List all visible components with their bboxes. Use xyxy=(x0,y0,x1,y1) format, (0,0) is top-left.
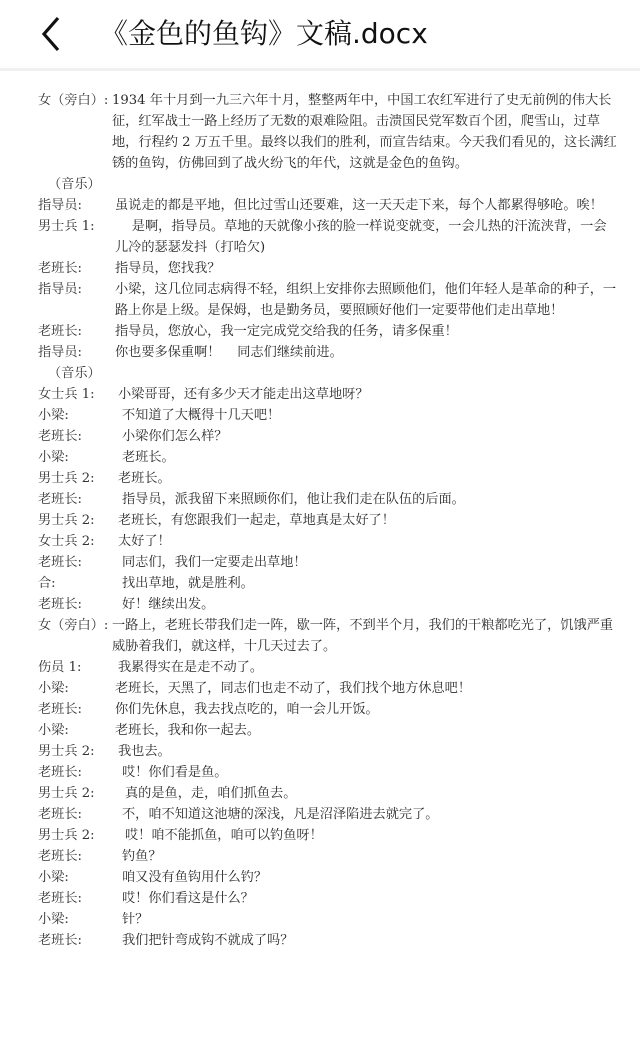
chevron-left-icon xyxy=(38,14,68,54)
speaker-label: 小梁: xyxy=(38,909,69,930)
dialogue-text: 我们把针弯成钩不就成了吗？ xyxy=(0,930,640,951)
dialogue-text: 你们先休息，我去找点吃的，咱一会儿开饭。 xyxy=(0,699,640,720)
speaker-label: 老班长: xyxy=(38,846,82,867)
speaker-label: 男士兵 2: xyxy=(38,741,95,762)
script-line: 老班长:指导员，您放心，我一定完成党交给我的任务，请多保重！ xyxy=(0,321,640,342)
dialogue-text: 哎！咱不能抓鱼，咱可以钓鱼呀！ xyxy=(0,825,640,846)
speaker-label: 指导员: xyxy=(38,195,82,216)
speaker-label: 老班长: xyxy=(38,888,82,909)
speaker-label: 男士兵 1: xyxy=(38,216,95,237)
stage-direction: （音乐） xyxy=(0,363,640,384)
dialogue-text: 找出草地，就是胜利。 xyxy=(0,573,640,594)
dialogue-text: 真的是鱼，走，咱们抓鱼去。 xyxy=(0,783,640,804)
script-line: 指导员:小梁，这几位同志病得不轻，组织上安排你去照顾他们，他们年轻人是革命的种子… xyxy=(0,279,640,321)
dialogue-text: 哎！你们看这是什么？ xyxy=(0,888,640,909)
speaker-label: 小梁: xyxy=(38,405,69,426)
speaker-label: 女（旁白）: xyxy=(38,90,108,111)
speaker-label: 老班长: xyxy=(38,321,82,342)
dialogue-text: 小梁哥哥，还有多少天才能走出这草地呀？ xyxy=(0,384,640,405)
script-line: 男士兵 2:真的是鱼，走，咱们抓鱼去。 xyxy=(0,783,640,804)
speaker-label: 男士兵 2: xyxy=(38,510,95,531)
speaker-label: 指导员: xyxy=(38,342,82,363)
dialogue-text: 指导员，您放心，我一定完成党交给我的任务，请多保重！ xyxy=(0,321,640,342)
script-line: 小梁:咱又没有鱼钩用什么钓？ xyxy=(0,867,640,888)
speaker-label: 老班长: xyxy=(38,552,82,573)
speaker-label: 老班长: xyxy=(38,426,82,447)
script-line: 合:找出草地，就是胜利。 xyxy=(0,573,640,594)
script-line: 伤员 1:我累得实在是走不动了。 xyxy=(0,657,640,678)
speaker-label: 小梁: xyxy=(38,720,69,741)
dialogue-text: 小梁你们怎么样？ xyxy=(0,426,640,447)
dialogue-text: 指导员，派我留下来照顾你们，他让我们走在队伍的后面。 xyxy=(0,489,640,510)
script-line: 小梁:老班长，我和你一起去。 xyxy=(0,720,640,741)
speaker-label: 伤员 1: xyxy=(38,657,81,678)
dialogue-text: 老班长。 xyxy=(0,447,640,468)
script-line: 女士兵 1:小梁哥哥，还有多少天才能走出这草地呀？ xyxy=(0,384,640,405)
script-line: 指导员:虽说走的都是平地，但比过雪山还要难，这一天天走下来，每个人都累得够呛。唉… xyxy=(0,195,640,216)
dialogue-text: 不知道了大概得十几天吧！ xyxy=(0,405,640,426)
speaker-label: 男士兵 2: xyxy=(38,825,95,846)
dialogue-text: 哎！你们看是鱼。 xyxy=(0,762,640,783)
speaker-label: 老班长: xyxy=(38,594,82,615)
script-line: 女（旁白）:1934 年十月到一九三六年十月，整整两年中，中国工农红军进行了史无… xyxy=(0,90,640,174)
script-line: 老班长:不，咱不知道这池塘的深浅，凡是沼泽陷进去就完了。 xyxy=(0,804,640,825)
speaker-label: 男士兵 2: xyxy=(38,783,95,804)
dialogue-text: 咱又没有鱼钩用什么钓？ xyxy=(0,867,640,888)
dialogue-text: 老班长，有您跟我们一起走，草地真是太好了！ xyxy=(0,510,640,531)
script-line: 指导员:你也要多保重啊！ 同志们继续前进。 xyxy=(0,342,640,363)
speaker-label: 合: xyxy=(38,573,56,594)
dialogue-text: 老班长。 xyxy=(0,468,640,489)
dialogue-text: 是啊，指导员。草地的天就像小孩的脸一样说变就变，一会儿热的汗流浃背，一会儿冷的瑟… xyxy=(0,216,640,258)
script-line: 老班长:指导员，您找我？ xyxy=(0,258,640,279)
back-button[interactable] xyxy=(38,14,68,54)
speaker-label: 老班长: xyxy=(38,804,82,825)
script-line: 小梁:老班长，天黑了，同志们也走不动了，我们找个地方休息吧！ xyxy=(0,678,640,699)
script-line: 老班长:哎！你们看是鱼。 xyxy=(0,762,640,783)
speaker-label: 男士兵 2: xyxy=(38,468,95,489)
top-bar: 《金色的鱼钩》文稿.docx xyxy=(0,0,640,71)
script-line: 男士兵 2:哎！咱不能抓鱼，咱可以钓鱼呀！ xyxy=(0,825,640,846)
speaker-label: 小梁: xyxy=(38,678,69,699)
script-line: 小梁:不知道了大概得十几天吧！ xyxy=(0,405,640,426)
dialogue-text: 同志们，我们一定要走出草地！ xyxy=(0,552,640,573)
speaker-label: 老班长: xyxy=(38,762,82,783)
speaker-label: 指导员: xyxy=(38,279,82,300)
dialogue-text: 针？ xyxy=(0,909,640,930)
speaker-label: 小梁: xyxy=(38,447,69,468)
dialogue-text: 太好了！ xyxy=(0,531,640,552)
script-line: 男士兵 1: 是啊，指导员。草地的天就像小孩的脸一样说变就变，一会儿热的汗流浃背… xyxy=(0,216,640,258)
script-line: 男士兵 2:老班长，有您跟我们一起走，草地真是太好了！ xyxy=(0,510,640,531)
script-line: 老班长:指导员，派我留下来照顾你们，他让我们走在队伍的后面。 xyxy=(0,489,640,510)
dialogue-text: 我也去。 xyxy=(0,741,640,762)
dialogue-text: 钓鱼？ xyxy=(0,846,640,867)
document-title: 《金色的鱼钩》文稿.docx xyxy=(100,14,428,54)
stage-direction: （音乐） xyxy=(0,174,640,195)
script-line: 女（旁白）:一路上，老班长带我们走一阵，歇一阵，不到半个月，我们的干粮都吃光了，… xyxy=(0,615,640,657)
document-body: 女（旁白）:1934 年十月到一九三六年十月，整整两年中，中国工农红军进行了史无… xyxy=(0,90,640,951)
dialogue-text: 小梁，这几位同志病得不轻，组织上安排你去照顾他们，他们年轻人是革命的种子，一路上… xyxy=(0,279,640,321)
speaker-label: 老班长: xyxy=(38,699,82,720)
script-line: 女士兵 2:太好了！ xyxy=(0,531,640,552)
script-line: 老班长:钓鱼？ xyxy=(0,846,640,867)
speaker-label: 女士兵 2: xyxy=(38,531,95,552)
speaker-label: 老班长: xyxy=(38,930,82,951)
script-line: 老班长:我们把针弯成钩不就成了吗？ xyxy=(0,930,640,951)
script-line: 男士兵 2:老班长。 xyxy=(0,468,640,489)
script-line: 老班长:小梁你们怎么样？ xyxy=(0,426,640,447)
script-line: 老班长:你们先休息，我去找点吃的，咱一会儿开饭。 xyxy=(0,699,640,720)
dialogue-text: 虽说走的都是平地，但比过雪山还要难，这一天天走下来，每个人都累得够呛。唉！ xyxy=(0,195,640,216)
script-line: 男士兵 2:我也去。 xyxy=(0,741,640,762)
dialogue-text: 好！继续出发。 xyxy=(0,594,640,615)
dialogue-text: 老班长，我和你一起去。 xyxy=(0,720,640,741)
dialogue-text: 不，咱不知道这池塘的深浅，凡是沼泽陷进去就完了。 xyxy=(0,804,640,825)
dialogue-text: 指导员，您找我？ xyxy=(0,258,640,279)
speaker-label: 老班长: xyxy=(38,489,82,510)
dialogue-text: 老班长，天黑了，同志们也走不动了，我们找个地方休息吧！ xyxy=(0,678,640,699)
dialogue-text: 你也要多保重啊！ 同志们继续前进。 xyxy=(0,342,640,363)
dialogue-text: 我累得实在是走不动了。 xyxy=(0,657,640,678)
speaker-label: 女（旁白）: xyxy=(38,615,108,636)
script-line: 老班长:好！继续出发。 xyxy=(0,594,640,615)
script-line: 小梁:针？ xyxy=(0,909,640,930)
script-line: 小梁:老班长。 xyxy=(0,447,640,468)
speaker-label: 小梁: xyxy=(38,867,69,888)
script-line: 老班长:同志们，我们一定要走出草地！ xyxy=(0,552,640,573)
script-line: 老班长:哎！你们看这是什么？ xyxy=(0,888,640,909)
speaker-label: 女士兵 1: xyxy=(38,384,95,405)
speaker-label: 老班长: xyxy=(38,258,82,279)
